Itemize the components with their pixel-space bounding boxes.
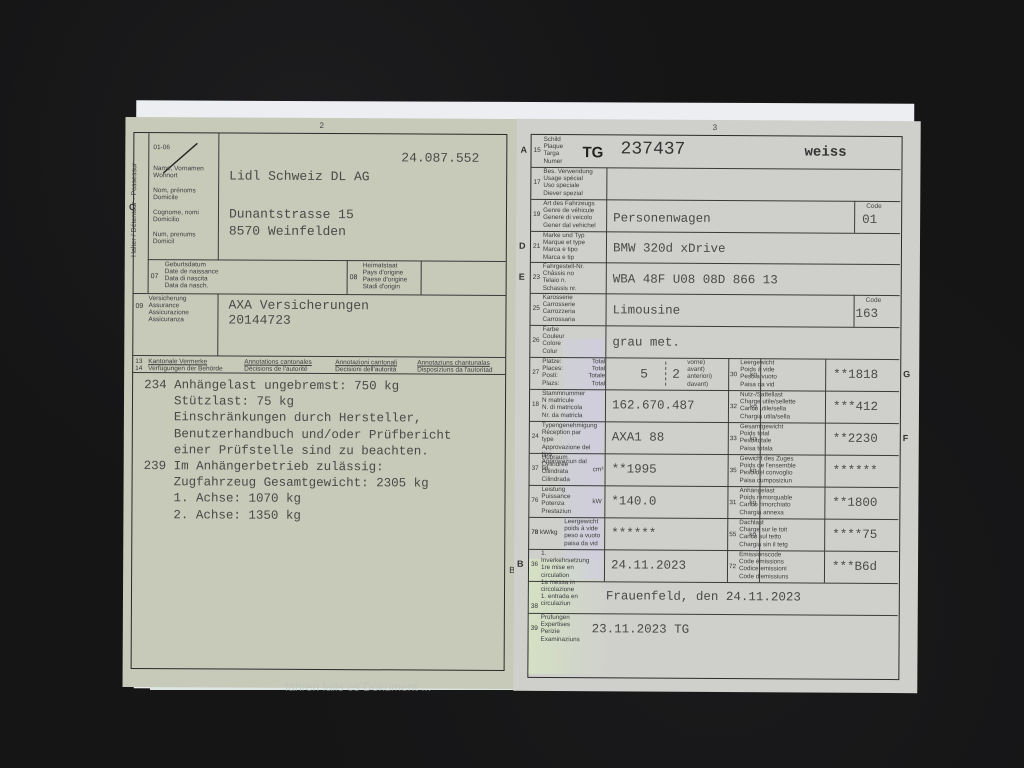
divider [606, 262, 607, 293]
field-code: 38 [531, 603, 538, 610]
divider [604, 517, 605, 549]
seats-total: 5 [640, 367, 648, 382]
annotation-line: 239 Im Anhängerbetrieb zulässig: [144, 458, 452, 476]
annotation-header-fr: Annotations cantonalesDécisions de l'aut… [244, 359, 312, 373]
vehicle-type-value: Personenwagen [613, 211, 711, 226]
seats-front: 2 [672, 367, 680, 382]
holder-label-de: Name, Vornamen Wohnort [153, 165, 215, 179]
field-code: 37 [532, 465, 539, 472]
chassis-value: WBA 48F U08 08D 866 13 [613, 272, 778, 287]
field-code: 33 [730, 435, 737, 442]
annotation-header-de: Kantonale VermerkeVerfügungen der Behörd… [148, 358, 223, 372]
divider [727, 518, 728, 550]
plate-color: weiss [805, 145, 847, 161]
seats-front-label: vorne)avant)anteriori)davant) [687, 359, 727, 388]
field-code: 30 [730, 371, 737, 378]
weight-label: Gewicht des ZugesPoids de l'ensemblePeso… [740, 455, 798, 484]
field-code: 72 [729, 563, 736, 570]
field-code: 24 [532, 433, 539, 440]
divider [665, 362, 666, 386]
field-code: 18 [532, 401, 539, 408]
divider [824, 551, 825, 583]
section-letter: B [517, 559, 524, 569]
holder-city: 8570 Weinfelden [229, 224, 346, 240]
annotation-line: 1. Achse: 1070 kg [143, 490, 451, 508]
field-code: 32 [730, 403, 737, 410]
insurance-label: VersicherungAssuranceAssicurazioneAssicu… [148, 295, 214, 323]
divider [606, 199, 607, 231]
divider [825, 391, 826, 423]
section-letter: D [519, 241, 526, 251]
unit: kW [592, 498, 601, 505]
color-label: FarbeCouleurColoreColur [542, 326, 604, 355]
color-value: grau met. [612, 335, 680, 349]
annotation-line: einer Prüfstelle sind zu beachten. [144, 442, 452, 460]
birth-date-label: GeburtsdatumDate de naissanceData di nas… [165, 261, 223, 289]
weight-value: ***B6d [832, 560, 877, 574]
divider [824, 519, 825, 551]
plate-number: 237437 [621, 139, 686, 159]
section-letter: E [519, 272, 525, 282]
page-left: 2 C Halter / Détenteur - Possessur 01-06… [123, 117, 524, 689]
page-right: 3 15ASchildPlaqueTargaNumer17Bes. Verwen… [513, 119, 920, 693]
divider [605, 453, 606, 485]
weight-value: **1818 [833, 368, 878, 382]
divider [605, 293, 606, 325]
divider [604, 485, 605, 517]
unit: kg [749, 531, 756, 538]
divider [606, 231, 607, 262]
annotation-line: Zugfahrzeug Gesamtgewicht: 2305 kg [144, 474, 452, 492]
divider [605, 421, 606, 453]
matriculation-label: StammnummerN matriculeN. di matricolaNr.… [542, 390, 592, 419]
make-model-value: BMW 320d xDrive [613, 241, 726, 256]
weight-label: LeergewichtPoids à videPeso a vuotoPaisa… [740, 359, 798, 388]
annotation-line: Benutzerhandbuch und/oder Prüfbericht [144, 426, 452, 444]
section-letter: A [521, 145, 528, 155]
divider [825, 423, 826, 455]
body-value: Limousine [613, 303, 681, 317]
inspections-value: 23.11.2023 TG [592, 622, 690, 637]
weight-label: EmissionscodeCode émissionsCodice emissi… [739, 551, 797, 580]
field-code: 39 [531, 625, 538, 632]
divider [727, 550, 728, 582]
seats-total-label: TotalTotalTotaleTotal [577, 358, 605, 387]
divider [825, 359, 826, 391]
code-label: Code [866, 297, 882, 304]
weight-value: ***412 [833, 400, 878, 414]
field-code: 76 [531, 497, 538, 504]
unit: kg [750, 435, 757, 442]
body-code: 163 [856, 307, 879, 321]
field-code: 31 [729, 499, 736, 506]
divider [604, 549, 605, 581]
divider [606, 167, 607, 199]
page-number-left: 2 [319, 121, 324, 130]
matriculation-value: 162.670.487 [612, 398, 695, 413]
place-date-value: Frauenfeld, den 24.11.2023 [606, 589, 801, 604]
vehicle-type-label: Art des FahrzeugsGenre de véhiculeGenere… [543, 200, 605, 229]
weight-value: ****** [833, 464, 878, 478]
holder-name: Lidl Schweiz DL AG [229, 169, 370, 185]
divider [825, 455, 826, 487]
field-code: 25 [533, 305, 540, 312]
first-registration-value: 24.11.2023 [611, 558, 686, 572]
unit: kg [750, 467, 757, 474]
unit: cm³ [593, 466, 604, 473]
field-code: 15 [534, 147, 541, 154]
annotation-line: 2. Achse: 1350 kg [143, 507, 451, 525]
weight-label: DachlastCharge sur le toitCarico sul tet… [739, 519, 797, 548]
annotation-line: Einschränkungen durch Hersteller, [144, 409, 452, 427]
holder-label-it: Cognome, nomi Domicilio [153, 209, 215, 223]
weight-label: GesamtgewichtPoids totalPeso totalePaisa… [740, 423, 798, 452]
first-registration-label: 1. Inverkehrsetzung1re mise en circulati… [541, 550, 591, 608]
annotation-line: 234 Anhängelast ungebremst: 750 kg [144, 377, 452, 395]
power-weight-value: ****** [611, 526, 656, 540]
insurance-company: AXA Versicherungen [228, 298, 369, 314]
holder-side-label: Halter / Détenteur - Possessur [131, 163, 138, 257]
unit: kg [750, 403, 757, 410]
code-label: Code [866, 203, 882, 210]
divider [728, 422, 729, 454]
chassis-label: Fahrgestell-Nr.Châssis noTelaio n.Schass… [543, 263, 605, 292]
power-value: *140.0 [611, 494, 656, 508]
body-label: KarosserieCarrosserieCarrozzeriaCarrossa… [543, 294, 605, 323]
divider [728, 454, 729, 486]
holder-label-fr: Nom, prénoms Domicile [153, 187, 215, 201]
unit: kg [750, 371, 757, 378]
field-code: 26 [532, 337, 539, 344]
field-code: 78 kW/kg [531, 529, 557, 536]
displacement-value: **1995 [612, 462, 657, 476]
power-weight-label: Leergewichtpoids à videpeso a vuotopaisa… [564, 518, 604, 547]
origin-label: HeimatstaatPays d'originePaese d'origine… [363, 262, 421, 290]
field-code: 23 [533, 274, 540, 281]
divider [853, 295, 854, 327]
annotation-header-rm: Annotaziuns chantunalasDisposiziuns da l… [417, 359, 492, 373]
holder-street: Dunantstrasse 15 [229, 207, 354, 223]
power-label: LeistungPuissancePotenzaPrestaziun [541, 486, 591, 515]
divider [605, 389, 606, 421]
weight-value: ****75 [832, 528, 877, 542]
divider [605, 357, 606, 389]
vehicle-type-code: 01 [862, 213, 877, 227]
annotation-line: Stützlast: 75 kg [144, 393, 452, 411]
margin-letter: G [903, 369, 910, 379]
make-model-label: Marke und TypMarque et typeMarca e tipoM… [543, 232, 605, 261]
weight-value: **1800 [832, 496, 877, 510]
footer-fragment: fahren falls es Dokument ... [285, 680, 431, 694]
divider [605, 325, 606, 357]
holder-label-rm: Num, prenums Domicil [153, 231, 215, 245]
field-code: 27 [532, 369, 539, 376]
weight-label: Nutz-/SattellastCharge utile/selletteCar… [740, 391, 798, 420]
displacement-label: HubraumCylindréeCilindrataCilindrada [542, 454, 592, 483]
field-code: 19 [533, 211, 540, 218]
divider [728, 358, 729, 390]
weight-value: **2230 [833, 432, 878, 446]
field-code: 17 [533, 179, 540, 186]
annotation-lines: 234 Anhängelast ungebremst: 750 kg Stütz… [143, 377, 451, 524]
divider [854, 201, 855, 233]
divider [727, 486, 728, 518]
type-approval-value: AXA1 88 [612, 430, 665, 444]
page-number-right: 3 [713, 123, 718, 132]
field-code: 55 [729, 531, 736, 538]
reference-number: 24.087.552 [401, 150, 479, 165]
margin-letter: F [903, 433, 909, 443]
insurance-number: 20144723 [228, 313, 290, 328]
field-code: 35 [730, 467, 737, 474]
divider [728, 390, 729, 422]
unit: kg [749, 499, 756, 506]
weight-label: AnhängelastPoids remorquableCarico rimor… [739, 487, 797, 516]
special-use-label: Bes. VerwendungUsage spécialUso speciale… [543, 168, 605, 197]
field-code: 36 [531, 561, 538, 568]
divider [824, 487, 825, 519]
annotation-header-it: Annotazioni cantonaliDecisioni dell'auto… [335, 359, 397, 373]
field-code: 21 [533, 243, 540, 250]
plate-canton: TG [582, 144, 603, 161]
